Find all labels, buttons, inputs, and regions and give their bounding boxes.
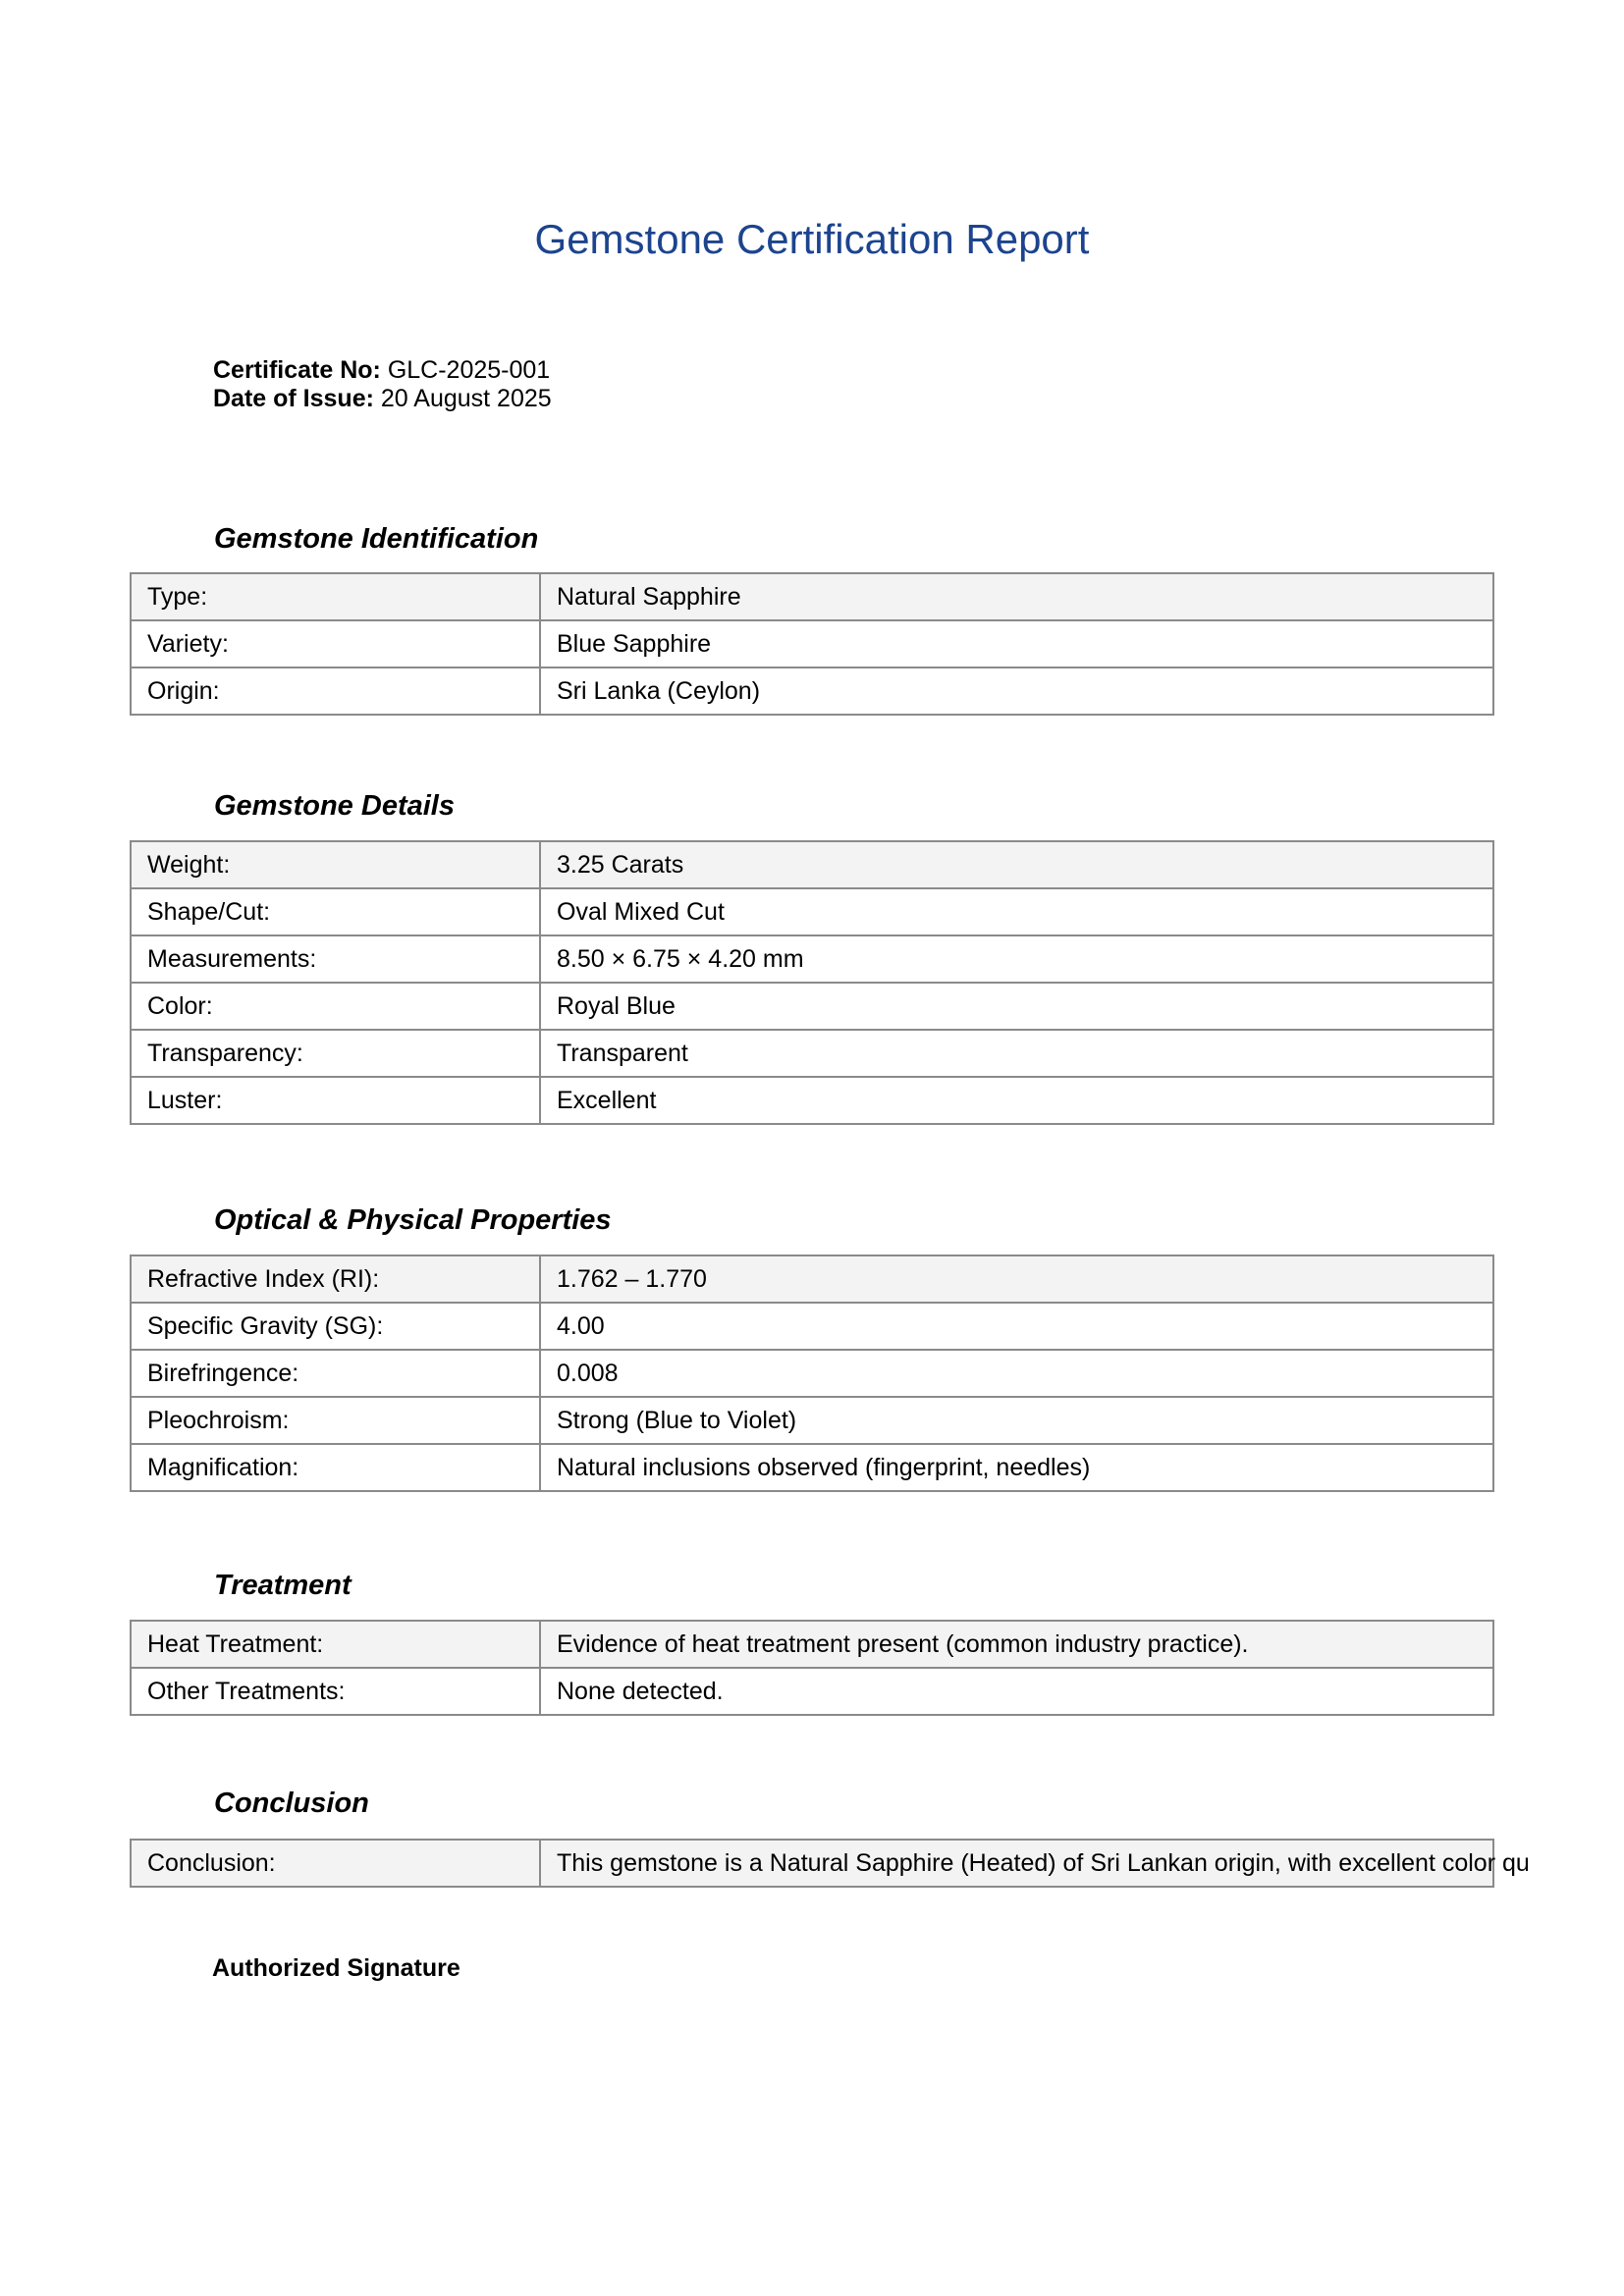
authorized-signature-label: Authorized Signature [212, 1954, 460, 1983]
certificate-number-label: Certificate No: [213, 356, 381, 384]
row-value: Sri Lanka (Ceylon) [540, 667, 1493, 715]
row-value: Strong (Blue to Violet) [540, 1397, 1493, 1444]
section-heading-conclusion: Conclusion [214, 1787, 369, 1820]
row-value: Transparent [540, 1030, 1493, 1077]
row-label: Type: [131, 573, 540, 620]
row-label: Color: [131, 983, 540, 1030]
page-title: Gemstone Certification Report [0, 214, 1624, 265]
row-label: Variety: [131, 620, 540, 667]
row-label: Luster: [131, 1077, 540, 1124]
row-label: Birefringence: [131, 1350, 540, 1397]
table-row: Specific Gravity (SG): 4.00 [131, 1303, 1493, 1350]
treatment-table: Heat Treatment: Evidence of heat treatme… [130, 1620, 1494, 1716]
row-label: Conclusion: [131, 1840, 540, 1887]
row-value: Natural Sapphire [540, 573, 1493, 620]
section-heading-treatment: Treatment [214, 1569, 352, 1602]
certificate-number: Certificate No: GLC-2025-001 [213, 356, 552, 385]
table-row: Conclusion: This gemstone is a Natural S… [131, 1840, 1493, 1887]
row-value: This gemstone is a Natural Sapphire (Hea… [540, 1840, 1493, 1887]
row-value: Royal Blue [540, 983, 1493, 1030]
table-row: Heat Treatment: Evidence of heat treatme… [131, 1621, 1493, 1668]
date-of-issue-label: Date of Issue: [213, 385, 374, 412]
table-row: Variety: Blue Sapphire [131, 620, 1493, 667]
table-row: Refractive Index (RI): 1.762 – 1.770 [131, 1255, 1493, 1303]
row-label: Magnification: [131, 1444, 540, 1491]
row-label: Heat Treatment: [131, 1621, 540, 1668]
row-label: Shape/Cut: [131, 888, 540, 935]
date-of-issue-value: 20 August 2025 [381, 385, 552, 412]
table-row: Other Treatments: None detected. [131, 1668, 1493, 1715]
row-value: 1.762 – 1.770 [540, 1255, 1493, 1303]
details-table: Weight: 3.25 Carats Shape/Cut: Oval Mixe… [130, 840, 1494, 1125]
row-value: 4.00 [540, 1303, 1493, 1350]
row-value: Blue Sapphire [540, 620, 1493, 667]
identification-table: Type: Natural Sapphire Variety: Blue Sap… [130, 572, 1494, 716]
certificate-number-value: GLC-2025-001 [388, 356, 550, 384]
row-value: Natural inclusions observed (fingerprint… [540, 1444, 1493, 1491]
date-of-issue: Date of Issue: 20 August 2025 [213, 385, 552, 413]
certificate-info: Certificate No: GLC-2025-001 Date of Iss… [213, 356, 552, 413]
row-label: Specific Gravity (SG): [131, 1303, 540, 1350]
row-label: Refractive Index (RI): [131, 1255, 540, 1303]
table-row: Type: Natural Sapphire [131, 573, 1493, 620]
row-value: Excellent [540, 1077, 1493, 1124]
row-value: 3.25 Carats [540, 841, 1493, 888]
section-heading-details: Gemstone Details [214, 789, 455, 823]
conclusion-table: Conclusion: This gemstone is a Natural S… [130, 1839, 1494, 1888]
section-heading-properties: Optical & Physical Properties [214, 1203, 612, 1237]
table-row: Pleochroism: Strong (Blue to Violet) [131, 1397, 1493, 1444]
table-row: Shape/Cut: Oval Mixed Cut [131, 888, 1493, 935]
row-value: Evidence of heat treatment present (comm… [540, 1621, 1493, 1668]
section-heading-identification: Gemstone Identification [214, 522, 538, 556]
table-row: Origin: Sri Lanka (Ceylon) [131, 667, 1493, 715]
table-row: Color: Royal Blue [131, 983, 1493, 1030]
table-row: Magnification: Natural inclusions observ… [131, 1444, 1493, 1491]
row-value: 0.008 [540, 1350, 1493, 1397]
table-row: Measurements: 8.50 × 6.75 × 4.20 mm [131, 935, 1493, 983]
row-label: Transparency: [131, 1030, 540, 1077]
row-value: None detected. [540, 1668, 1493, 1715]
table-row: Weight: 3.25 Carats [131, 841, 1493, 888]
row-value: 8.50 × 6.75 × 4.20 mm [540, 935, 1493, 983]
table-row: Luster: Excellent [131, 1077, 1493, 1124]
properties-table: Refractive Index (RI): 1.762 – 1.770 Spe… [130, 1255, 1494, 1492]
conclusion-text: This gemstone is a Natural Sapphire (Hea… [557, 1849, 1530, 1877]
row-label: Origin: [131, 667, 540, 715]
table-row: Birefringence: 0.008 [131, 1350, 1493, 1397]
row-label: Other Treatments: [131, 1668, 540, 1715]
row-value: Oval Mixed Cut [540, 888, 1493, 935]
table-row: Transparency: Transparent [131, 1030, 1493, 1077]
row-label: Measurements: [131, 935, 540, 983]
row-label: Pleochroism: [131, 1397, 540, 1444]
row-label: Weight: [131, 841, 540, 888]
